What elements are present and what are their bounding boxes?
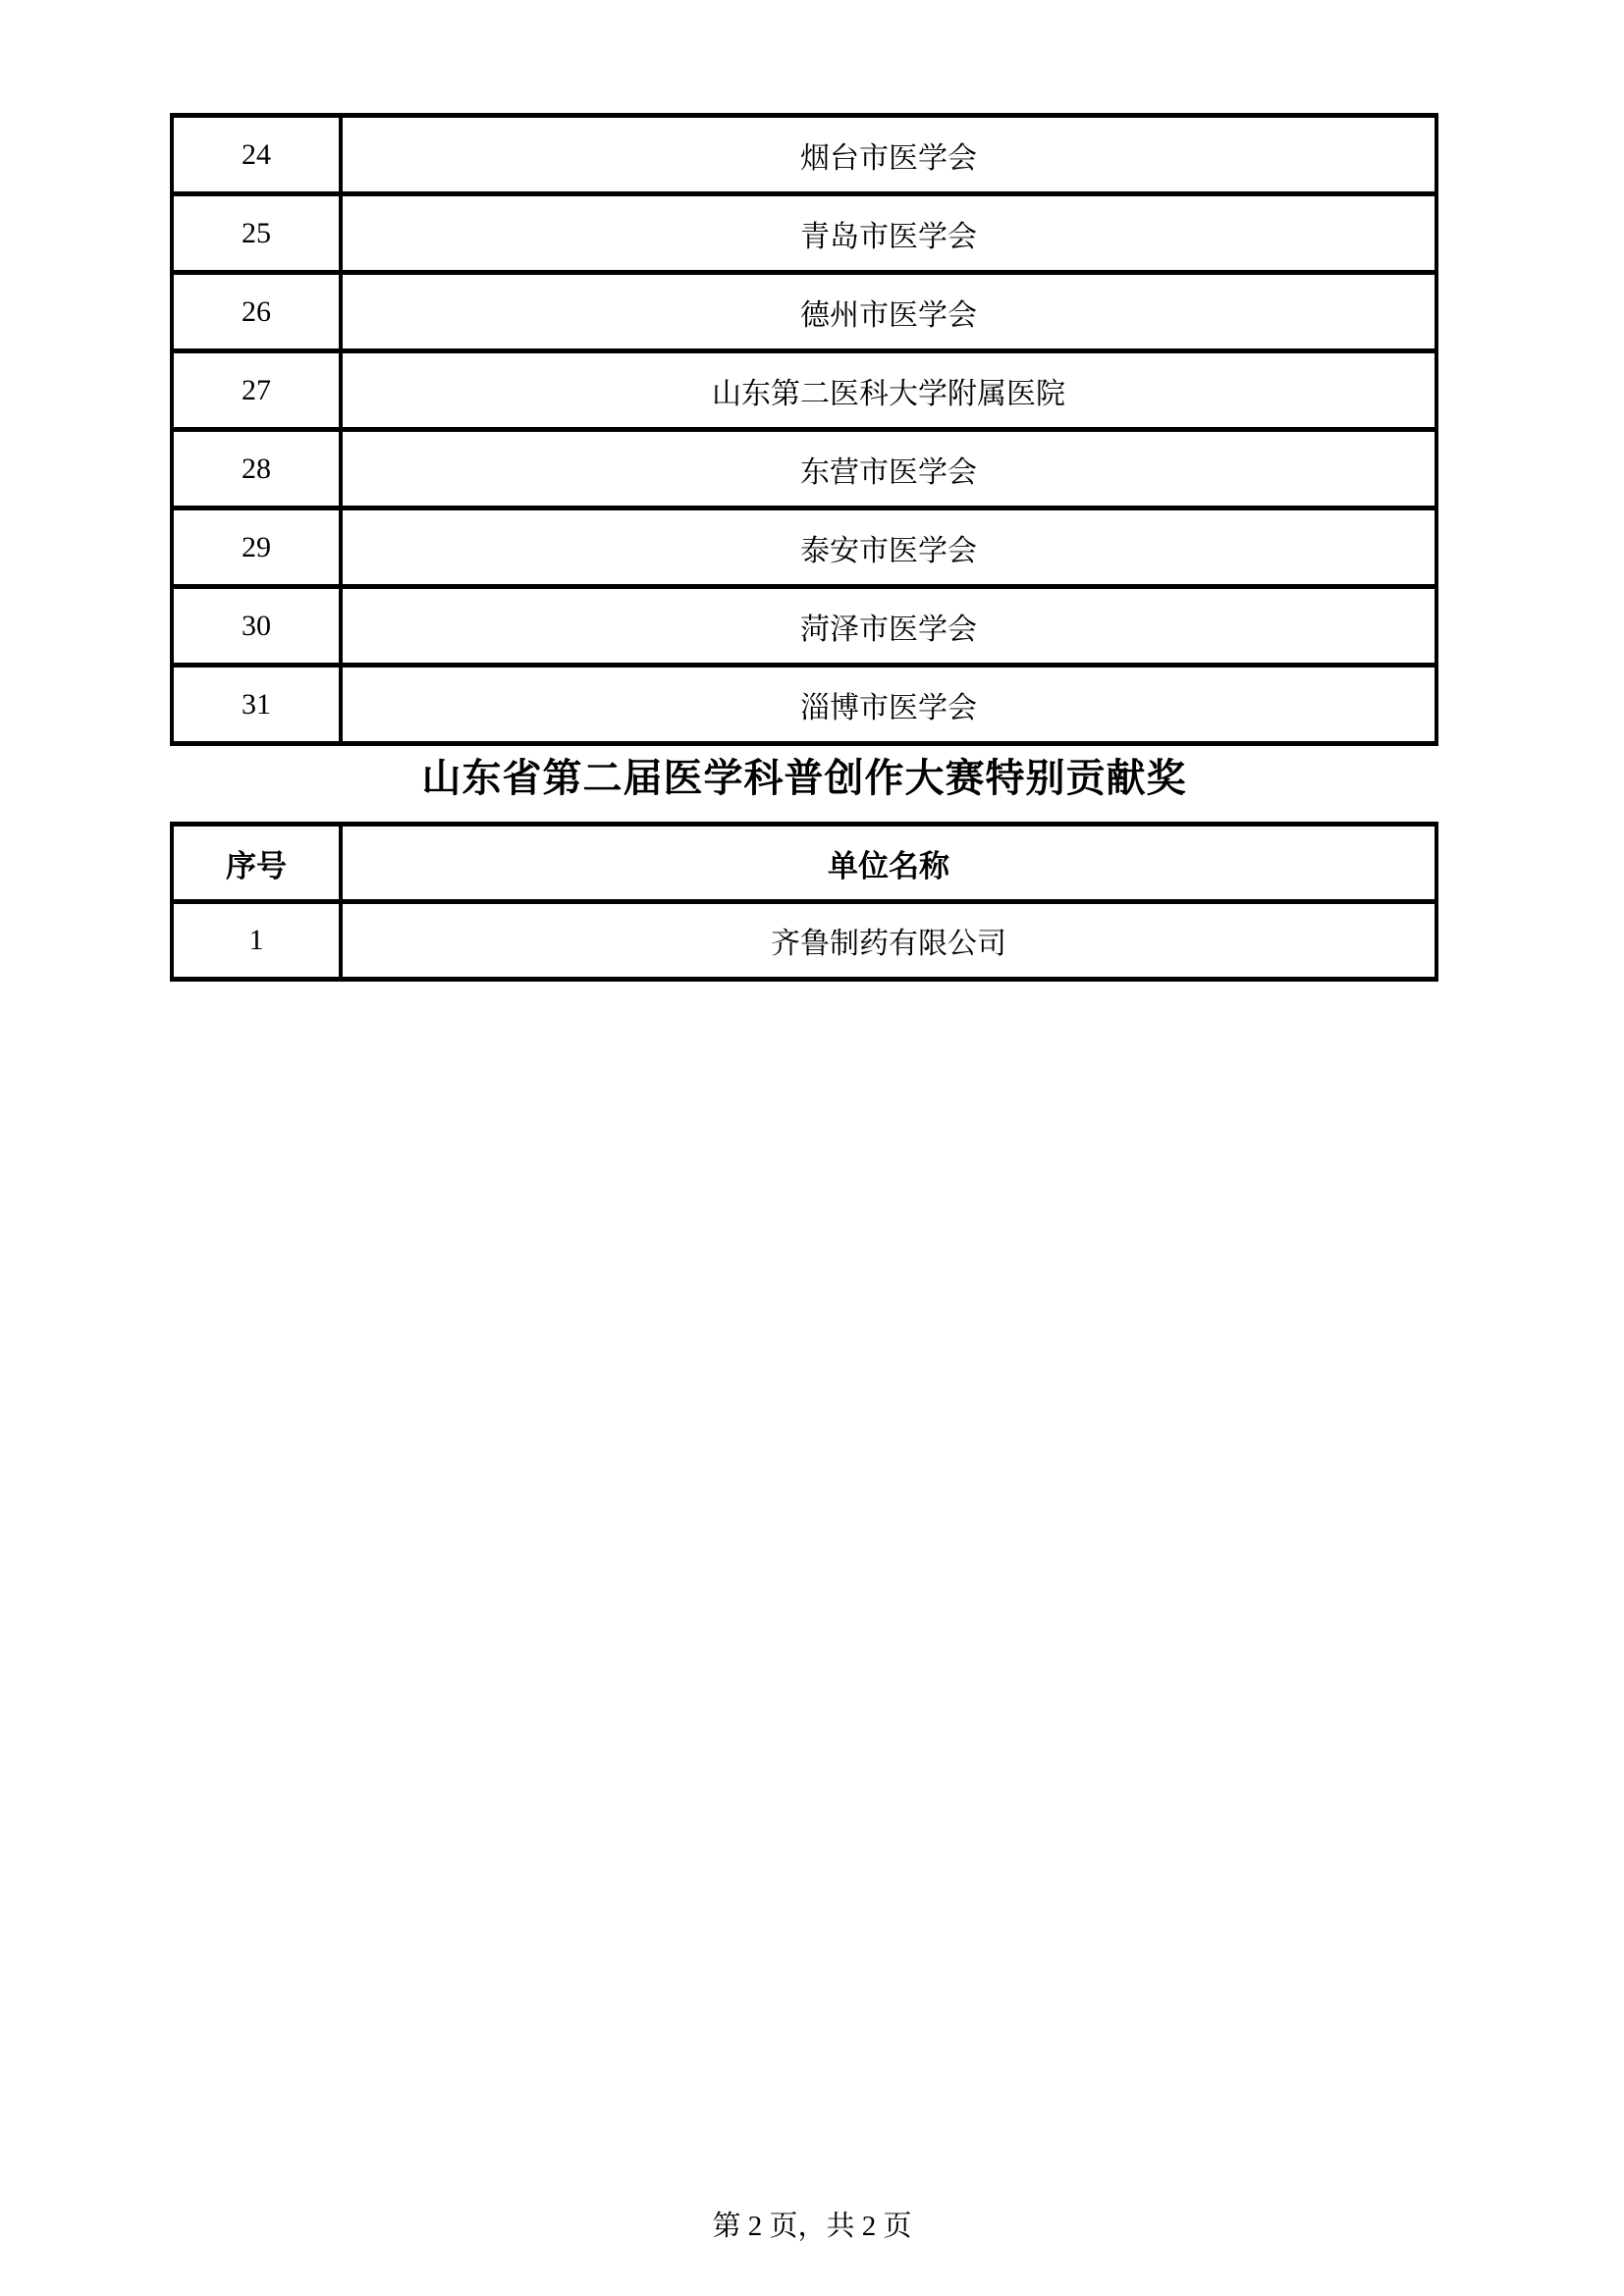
unit-name-cell: 东营市医学会 [341,430,1436,508]
unit-name-cell: 淄博市医学会 [341,666,1436,744]
award-winners-table: 24 烟台市医学会 25 青岛市医学会 26 德州市医学会 27 山东第二医科大… [170,113,1438,746]
special-contribution-table: 序号 单位名称 1 齐鲁制药有限公司 [170,822,1438,982]
table-row: 24 烟台市医学会 [172,116,1436,194]
table-row: 27 山东第二医科大学附属医院 [172,351,1436,430]
serial-number-cell: 24 [172,116,341,194]
unit-name-cell: 青岛市医学会 [341,194,1436,273]
serial-number-cell: 28 [172,430,341,508]
table-header-row: 序号 单位名称 [172,825,1436,902]
serial-number-header-cell: 序号 [172,825,341,902]
table-row: 1 齐鲁制药有限公司 [172,902,1436,980]
serial-number-cell: 31 [172,666,341,744]
unit-name-cell: 泰安市医学会 [341,508,1436,587]
serial-number-cell: 30 [172,587,341,666]
table-row: 30 菏泽市医学会 [172,587,1436,666]
unit-name-cell: 山东第二医科大学附属医院 [341,351,1436,430]
table-row: 29 泰安市医学会 [172,508,1436,587]
unit-name-header-cell: 单位名称 [341,825,1436,902]
page-number-footer: 第 2 页，共 2 页 [0,2209,1624,2244]
serial-number-cell: 27 [172,351,341,430]
serial-number-cell: 29 [172,508,341,587]
unit-name-cell: 菏泽市医学会 [341,587,1436,666]
serial-number-cell: 1 [172,902,341,980]
serial-number-cell: 26 [172,273,341,351]
table-row: 31 淄博市医学会 [172,666,1436,744]
table-row: 28 东营市医学会 [172,430,1436,508]
table-row: 26 德州市医学会 [172,273,1436,351]
unit-name-cell: 烟台市医学会 [341,116,1436,194]
table-row: 25 青岛市医学会 [172,194,1436,273]
unit-name-cell: 德州市医学会 [341,273,1436,351]
document-page: 24 烟台市医学会 25 青岛市医学会 26 德州市医学会 27 山东第二医科大… [0,0,1624,2296]
unit-name-cell: 齐鲁制药有限公司 [341,902,1436,980]
section-title: 山东省第二届医学科普创作大赛特别贡献奖 [170,754,1438,803]
serial-number-cell: 25 [172,194,341,273]
